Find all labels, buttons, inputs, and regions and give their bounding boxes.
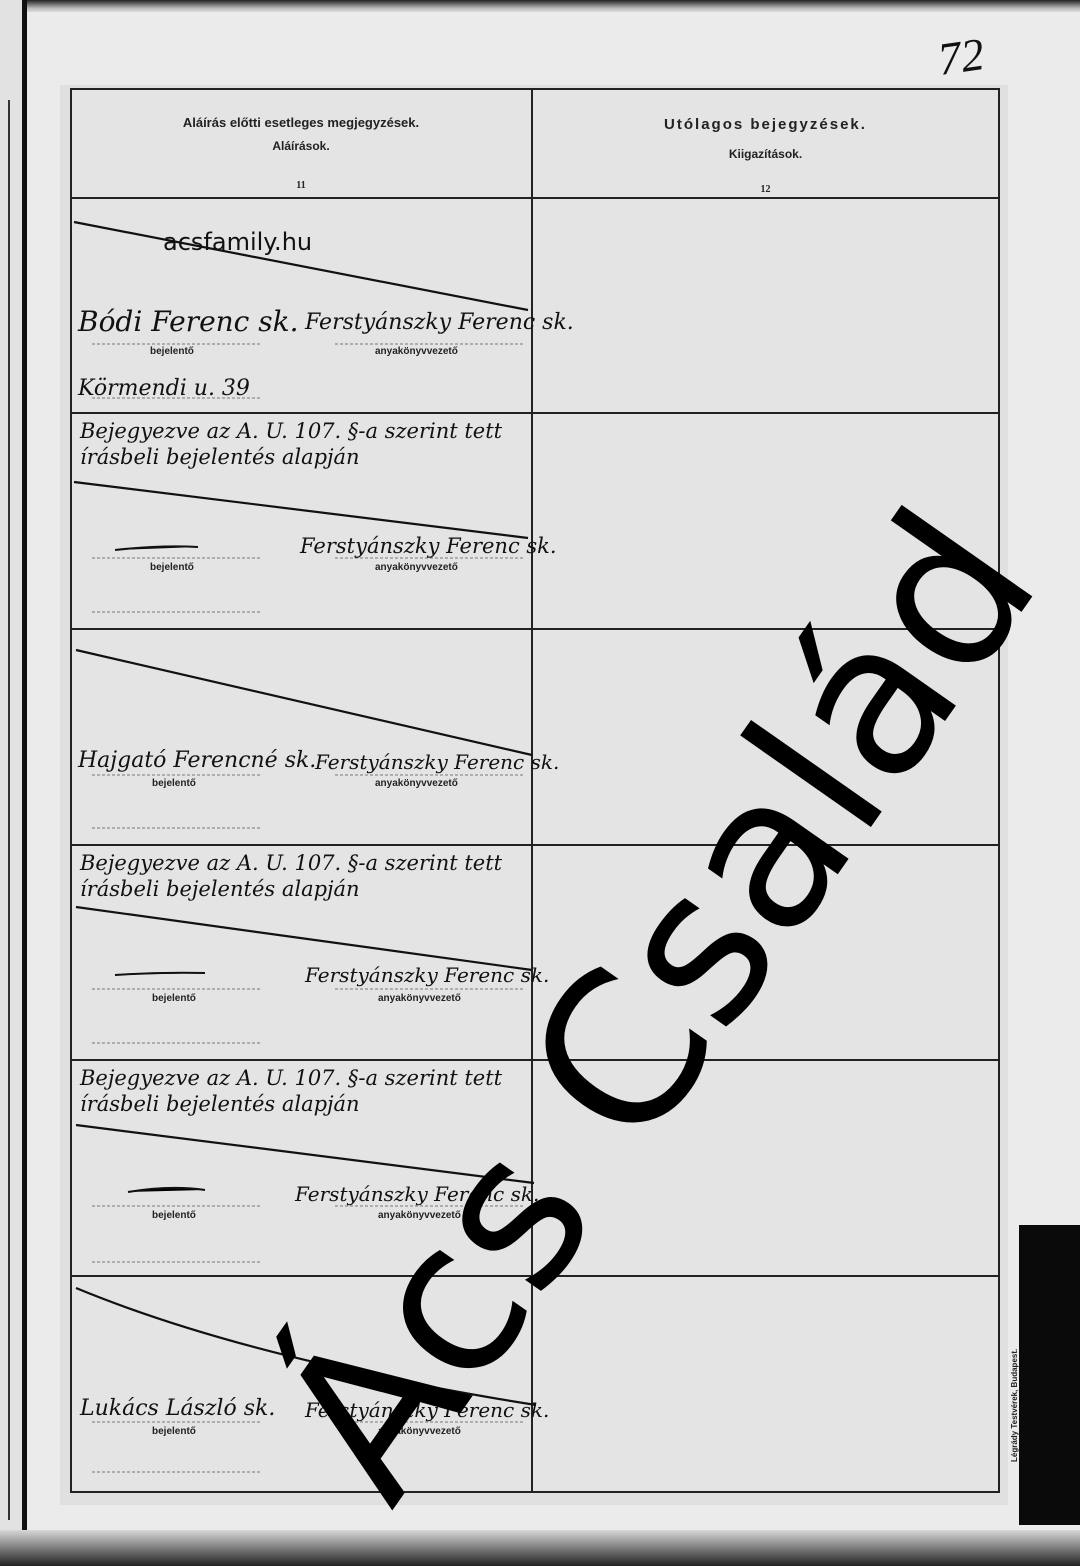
reporter-address: Körmendi u. 39	[78, 376, 250, 401]
corrections-cell	[534, 199, 998, 411]
registrar-label: anyakönyvvezető	[375, 346, 458, 357]
reporter-signature: Hajgató Ferencné sk.	[78, 748, 316, 773]
entry-note: Bejegyezve az A. U. 107. §-a szerint tet…	[80, 418, 530, 470]
reporter-signature: Bódi Ferenc sk.	[78, 305, 299, 338]
registrar-label: anyakönyvvezető	[375, 562, 458, 573]
reporter-label: bejelentő	[150, 562, 194, 573]
registrar-signature: Ferstyánszky Ferenc sk.	[315, 750, 559, 774]
printer-imprint: Légrády Testvérek, Budapest.	[1010, 1349, 1019, 1462]
reporter-label: bejelentő	[152, 993, 196, 1004]
registrar-signature: Ferstyánszky Ferenc sk.	[305, 963, 549, 987]
reporter-label: bejelentő	[152, 778, 196, 789]
reporter-label: bejelentő	[152, 1210, 196, 1221]
entry-note: Bejegyezve az A. U. 107. §-a szerint tet…	[80, 850, 535, 902]
reporter-label: bejelentő	[150, 346, 194, 357]
reporter-label: bejelentő	[152, 1426, 196, 1437]
corrections-cell	[534, 1277, 998, 1491]
watermark-url: acsfamily.hu	[163, 228, 312, 256]
registrar-label: anyakönyvvezető	[378, 993, 461, 1004]
registrar-label: anyakönyvvezető	[375, 778, 458, 789]
scanner-black-strip	[1019, 1225, 1080, 1525]
registrar-signature: Ferstyánszky Ferenc sk.	[300, 534, 557, 558]
